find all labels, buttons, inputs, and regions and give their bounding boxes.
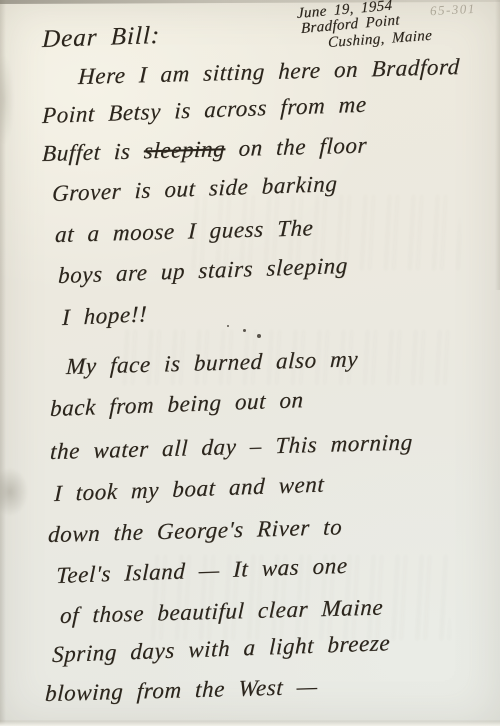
pencil-annotation: 65-301	[430, 1, 477, 19]
smudge-mark	[0, 468, 28, 516]
paper-top-edge	[0, 0, 500, 4]
body-line: Point Betsy is across from me	[42, 92, 367, 129]
ink-speck	[227, 325, 229, 327]
body-line-segment: on the floor	[225, 132, 368, 161]
smudge-mark	[0, 55, 14, 145]
ink-speck	[243, 329, 246, 332]
body-line: back from being out on	[50, 387, 304, 422]
paper-bottom-edge	[0, 720, 500, 726]
body-line: the water all day – This morning	[50, 429, 414, 465]
body-line: boys are up stairs sleeping	[58, 253, 349, 289]
body-line: I took my boat and went	[54, 472, 325, 507]
ink-speck	[257, 334, 261, 338]
body-line: I hope!!	[62, 301, 148, 331]
body-line: down the George's River to	[48, 514, 343, 548]
body-line: blowing from the West —	[45, 674, 319, 707]
body-line: Buffet is sleeping on the floor	[42, 132, 368, 167]
letter-page: 65-301 June 19, 1954 Bradford Point Cush…	[0, 0, 500, 726]
body-line: Here I am sitting here on Bradford	[78, 54, 461, 90]
paper-right-edge	[495, 0, 500, 290]
salutation: Dear Bill:	[42, 22, 161, 54]
struck-word: sleeping	[143, 136, 226, 163]
body-line-segment: Buffet is	[42, 138, 145, 166]
body-line: Spring days with a light breeze	[52, 630, 391, 668]
